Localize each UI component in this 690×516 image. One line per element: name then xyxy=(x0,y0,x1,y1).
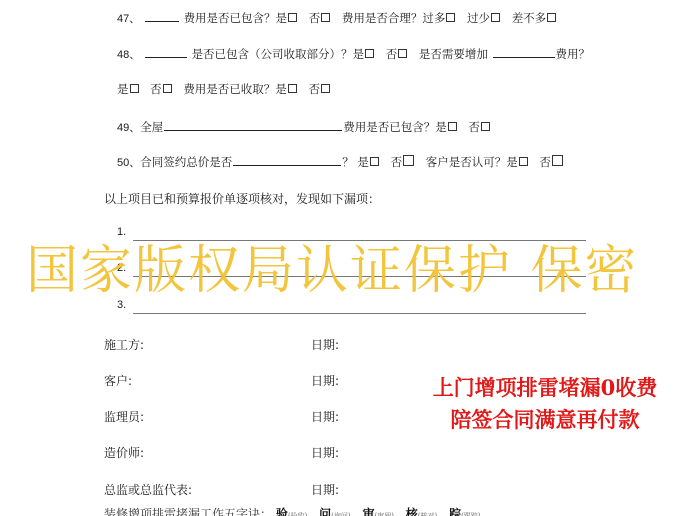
yes-checkbox[interactable] xyxy=(365,49,374,58)
item-number: 47、 xyxy=(117,13,140,25)
no-label: 否 xyxy=(150,82,162,96)
item-48-continued: 是 否 费用是否已收取？是 否 xyxy=(117,81,338,97)
question-text: 合同签约总价是否 xyxy=(140,155,232,169)
no-checkbox[interactable] xyxy=(403,155,414,166)
footer-five-word-formula: 装修增项排雷堵漏工作五字诀： 验(验收) 问(询问) 审(审阅) 核(核对) 踪… xyxy=(104,505,489,516)
key-note: (核对) xyxy=(418,512,437,516)
key-note: (跟踪) xyxy=(461,512,480,516)
fill-blank[interactable] xyxy=(145,9,179,22)
key-word: 核 xyxy=(406,507,418,516)
fill-blank[interactable] xyxy=(493,45,555,58)
no-label: 否 xyxy=(308,82,320,96)
signature-role-client: 客户: xyxy=(104,372,132,389)
item-48: 48、 是否已包含（公司收取部分）？是 否 是否需要增加 费用？ xyxy=(117,45,590,63)
fill-blank[interactable] xyxy=(145,45,187,58)
key-word: 验 xyxy=(276,507,288,516)
omission-number: 2. xyxy=(117,262,126,274)
no-label: 否 xyxy=(391,155,403,169)
key-note: (审阅) xyxy=(374,512,393,516)
no-checkbox[interactable] xyxy=(321,84,330,93)
yes-checkbox[interactable] xyxy=(130,84,139,93)
key-note: (询问) xyxy=(331,512,350,516)
fill-blank[interactable] xyxy=(164,118,342,131)
signature-role-supervisor: 监理员: xyxy=(104,408,144,425)
yes-checkbox[interactable] xyxy=(288,84,297,93)
no-label: 否 xyxy=(309,11,321,25)
yes-checkbox[interactable] xyxy=(288,13,297,22)
signature-date: 日期: xyxy=(311,481,339,498)
question-text: 全屋 xyxy=(140,120,163,134)
question-text: ？ 是 xyxy=(342,155,369,169)
signature-role-contractor: 施工方: xyxy=(104,336,144,353)
no-label: 否 xyxy=(539,155,551,169)
no-checkbox[interactable] xyxy=(552,155,563,166)
too-much-checkbox[interactable] xyxy=(446,13,455,22)
about-right-checkbox[interactable] xyxy=(547,13,556,22)
question-text: 是否已包含（公司收取部分）？是 xyxy=(192,47,365,61)
promo-banner: 上门增项排雷堵漏0收费 陪签合同满意再付款 xyxy=(400,372,690,436)
footer-text: 装修增项排雷堵漏工作五字诀： xyxy=(104,507,272,516)
signature-role-cost-engineer: 造价师: xyxy=(104,444,144,461)
about-right-label: 差不多 xyxy=(512,11,547,25)
no-checkbox[interactable] xyxy=(163,84,172,93)
key-word: 踪 xyxy=(449,507,461,516)
no-checkbox[interactable] xyxy=(481,122,490,131)
omission-number: 1. xyxy=(117,226,126,238)
question-text: 费用？ xyxy=(556,47,591,61)
too-little-checkbox[interactable] xyxy=(491,13,500,22)
omission-number: 3. xyxy=(117,299,126,311)
no-label: 否 xyxy=(468,120,480,134)
item-number: 50、 xyxy=(117,157,140,169)
item-50: 50、合同签约总价是否？ 是 否 客户是否认可？是 否 xyxy=(117,153,571,171)
question-text: 费用是否已收取？是 xyxy=(183,82,287,96)
key-word: 问 xyxy=(319,507,331,516)
item-number: 48、 xyxy=(117,49,140,61)
promo-line-1: 上门增项排雷堵漏0收费 xyxy=(400,372,690,404)
omissions-heading: 以上项目已和预算报价单逐项核对，发现如下漏项： xyxy=(104,190,380,207)
omission-line-2[interactable] xyxy=(133,276,586,277)
no-label: 否 xyxy=(386,47,398,61)
question-text: 是否需要增加 xyxy=(419,47,488,61)
too-little-label: 过少 xyxy=(467,11,490,25)
promo-line-2: 陪签合同满意再付款 xyxy=(400,404,690,436)
signature-date: 日期: xyxy=(311,372,339,389)
question-text: 费用是否合理？过多 xyxy=(342,11,446,25)
item-47: 47、 费用是否已包含？是 否 费用是否合理？过多 过少 差不多 xyxy=(117,9,564,27)
question-text: 费用是否已包含？是 xyxy=(184,11,288,25)
item-49: 49、全屋费用是否已包含？是 否 xyxy=(117,118,498,136)
omission-line-1[interactable] xyxy=(133,240,586,241)
signature-date: 日期: xyxy=(311,408,339,425)
key-word: 审 xyxy=(362,507,374,516)
no-checkbox[interactable] xyxy=(398,49,407,58)
question-text: 费用是否已包含？是 xyxy=(343,120,447,134)
omission-line-3[interactable] xyxy=(133,313,586,314)
yes-checkbox[interactable] xyxy=(448,122,457,131)
fill-blank[interactable] xyxy=(233,153,341,166)
yes-label: 是 xyxy=(117,82,129,96)
yes-checkbox[interactable] xyxy=(519,157,528,166)
signature-date: 日期: xyxy=(311,336,339,353)
signature-date: 日期: xyxy=(311,444,339,461)
no-checkbox[interactable] xyxy=(321,13,330,22)
yes-checkbox[interactable] xyxy=(370,157,379,166)
item-number: 49、 xyxy=(117,122,140,134)
signature-role-chief-supervisor: 总监或总监代表: xyxy=(104,481,192,498)
question-text: 客户是否认可？是 xyxy=(426,155,518,169)
key-note: (验收) xyxy=(288,512,307,516)
